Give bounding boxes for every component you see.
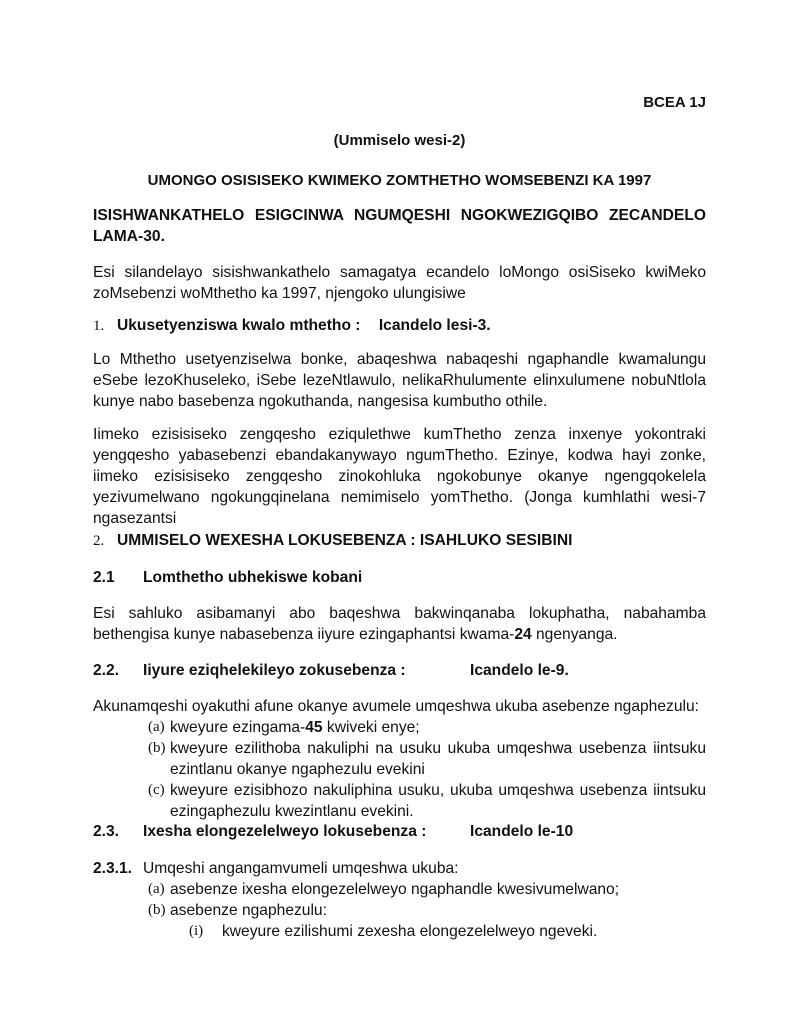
list-marker: (i) [189, 921, 203, 942]
section-1-heading: 1.Ukusetyenziswa kwalo mthetho : Icandel… [93, 317, 491, 335]
list-item-text: kwiveki enye; [323, 719, 420, 736]
list-marker: (b) [148, 900, 166, 921]
intro-paragraph: Esi silandelayo sisishwankathelo samagat… [93, 262, 706, 304]
section-1-paragraph-2: Iimeko ezisisiseko zengqesho eziqulethwe… [93, 424, 706, 529]
section-title: Ukusetyenziswa kwalo mthetho : [117, 317, 361, 334]
schedule-label: (Ummiselo wesi-2) [93, 132, 706, 149]
section-2-2-body: Akunamqeshi oyakuthi afune okanye avumel… [93, 696, 706, 822]
section-reference: Icandelo le-10 [470, 823, 573, 841]
list-item-text: asebenze ixesha elongezelelweyo ngaphand… [170, 881, 619, 898]
list-item: (c)kweyure ezisibhozo nakuliphina usuku,… [93, 780, 706, 822]
section-number: 1. [93, 318, 117, 335]
section-reference: Icandelo le-9. [470, 662, 569, 680]
section-intro-text: Umqeshi angangamvumeli umqeshwa ukuba: [143, 860, 459, 877]
subtitle-line-1: ISISHWANKATHELO ESIGCINWA NGUMQESHI NGOK… [93, 205, 706, 226]
list-item-text: kweyure ezilishumi zexesha elongezelelwe… [222, 923, 597, 940]
section-reference: Icandelo lesi-3. [379, 317, 491, 334]
list-item-text: kweyure ezilithoba nakuliphi na usuku uk… [170, 740, 706, 778]
list-marker: (a) [148, 717, 165, 738]
section-number: 2.3. [93, 823, 143, 841]
sub-list-item: (i)kweyure ezilishumi zexesha elongezele… [93, 921, 706, 942]
section-2-2-intro: Akunamqeshi oyakuthi afune okanye avumel… [93, 696, 706, 717]
list-marker: (c) [148, 780, 165, 801]
list-item-text: asebenze ngaphezulu: [170, 902, 327, 919]
section-2-1-heading: 2.1Lomthetho ubhekiswe kobani [93, 569, 362, 587]
list-item-text: kweyure ezisibhozo nakuliphina usuku, uk… [170, 782, 706, 820]
list-item: (b)asebenze ngaphezulu: [93, 900, 706, 921]
paragraph-text: ngenyanga. [532, 626, 618, 643]
list-marker: (b) [148, 738, 166, 759]
section-title: Lomthetho ubhekiswe kobani [143, 569, 362, 586]
document-reference: BCEA 1J [643, 94, 706, 111]
section-2-heading: 2.UMMISELO WEXESHA LOKUSEBENZA : ISAHLUK… [93, 532, 572, 550]
section-number: 2.1 [93, 569, 143, 587]
section-number: 2.3.1. [93, 858, 143, 879]
section-title: Iiyure eziqhelekileyo zokusebenza : [143, 662, 406, 679]
section-2-3-1-body: 2.3.1.Umqeshi angangamvumeli umqeshwa uk… [93, 858, 706, 942]
section-2-1-paragraph: Esi sahluko asibamanyi abo baqeshwa bakw… [93, 603, 706, 645]
list-item-emphasis: 45 [305, 719, 322, 736]
paragraph-emphasis: 24 [514, 626, 531, 643]
list-item-text: kweyure ezingama- [170, 719, 305, 736]
document-title: UMONGO OSISISEKO KWIMEKO ZOMTHETHO WOMSE… [93, 172, 706, 189]
section-number: 2. [93, 533, 117, 550]
document-subtitle: ISISHWANKATHELO ESIGCINWA NGUMQESHI NGOK… [93, 205, 706, 247]
section-2-3-heading: 2.3.Ixesha elongezelelweyo lokusebenza :… [93, 823, 706, 841]
list-item: (b)kweyure ezilithoba nakuliphi na usuku… [93, 738, 706, 780]
section-title: UMMISELO WEXESHA LOKUSEBENZA : ISAHLUKO … [117, 532, 572, 549]
section-title: Ixesha elongezelelweyo lokusebenza : [143, 823, 426, 840]
section-number: 2.2. [93, 662, 143, 680]
list-marker: (a) [148, 879, 165, 900]
section-1-paragraph-1: Lo Mthetho usetyenziselwa bonke, abaqesh… [93, 349, 706, 412]
list-item: (a)asebenze ixesha elongezelelweyo ngaph… [93, 879, 706, 900]
section-2-2-heading: 2.2.Iiyure eziqhelekileyo zokusebenza : … [93, 662, 706, 680]
list-item: (a)kweyure ezingama-45 kwiveki enye; [93, 717, 706, 738]
section-2-3-1-intro: 2.3.1.Umqeshi angangamvumeli umqeshwa uk… [93, 858, 706, 879]
subtitle-line-2: LAMA-30. [93, 226, 706, 247]
